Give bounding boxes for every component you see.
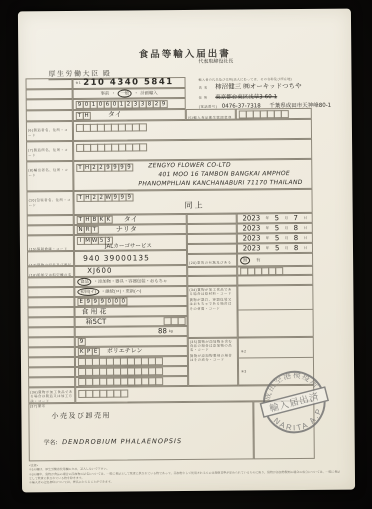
code-box [178, 317, 186, 325]
code-box: 9 [125, 163, 133, 171]
r37-label-text: (37)備考 [30, 405, 46, 409]
accident-none-circled: 無 [240, 256, 250, 264]
carry-in-date-year: 2023 [243, 235, 261, 242]
quantity-code-boxes [164, 317, 185, 325]
day-unit: 日 [303, 225, 307, 230]
warehouse-name-handwritten: JALカーゴサービス [105, 244, 152, 250]
separator: ・ [134, 90, 138, 96]
day-unit: 日 [303, 215, 307, 220]
cell-r24-label: (24)品目コード [27, 297, 74, 307]
cell-r27-label: (27)積込重量 [28, 327, 75, 337]
importer-code-boxes: 9010601233829 [76, 100, 167, 109]
r6-label-text: (6)製造者名、住所・コード [28, 128, 71, 137]
cell-r5-label: (5)輸入食品衛生管理者登録番号 [186, 109, 236, 120]
cell-r23-label: (23)届出の別 [27, 287, 74, 297]
code-box: H [83, 111, 91, 119]
cell-r7-label: (7)製造所名、住所・コード [26, 141, 73, 161]
month-unit: 月 [285, 226, 289, 231]
code-box: 9 [160, 100, 168, 108]
day-unit: 日 [304, 245, 308, 250]
code-box: T [91, 226, 99, 234]
notice-others: ・継続(ロ)・更新(ハ) [101, 288, 141, 294]
cell-r35-label: (35)貨物が添加物を含む食品の場合は添加物の品名・コード 貨物が添加物製剤の場… [188, 338, 238, 386]
cell-r2-label: (2)届出種別 [26, 89, 73, 99]
cell-r18-label: (18)船舶又は航空機の名称又は便名 [27, 266, 74, 277]
r1-note: ※1 [76, 81, 82, 85]
loading-date-year: 2023 [242, 215, 260, 222]
cargo-kind-others: ・添加物・器具・容器包装・おもちゃ [94, 278, 168, 285]
cell-r10-label: (10)包装者名、住所・コード [26, 191, 73, 215]
r2-option-b-circled: 一般 [118, 89, 132, 97]
cell-r32-label: (32)登録番号3 [28, 377, 75, 387]
loading-port-handwritten: タイ [124, 216, 138, 223]
cell-r1-label: (1)届出受付番号 [25, 78, 72, 89]
cell-r21-label: (21)積込者・コード [187, 267, 237, 276]
r34-label-a-text: (34)貨物が加工食品である場合は原材料・コード [189, 287, 235, 296]
carry-in-date-day: 8 [294, 235, 299, 242]
cell-r15-label: (15)保税倉庫・コード [27, 235, 74, 251]
exporter-address1-handwritten: 401 MOO 16 TAMBON BANGKAI AMPHOE [158, 171, 290, 178]
code-box: 9 [78, 338, 86, 346]
loading-date-day: 7 [294, 215, 299, 222]
cell-r6-label: (6)製造者名、住所・コード [26, 121, 73, 141]
cell-r17-value: 940 39000135 [74, 250, 187, 266]
unloading-port-handwritten: ナリタ [116, 226, 137, 233]
r10-label-text: (10)包装者名、住所・コード [29, 198, 72, 207]
year-unit: 年 [266, 216, 270, 221]
r2-option-c: 計画輸入 [140, 90, 157, 96]
arrival-date-month: 5 [275, 225, 280, 232]
r2-option-a: 事前 [101, 91, 110, 97]
receipt-number-handwritten: 210 4340 5841 [83, 78, 174, 87]
code-box: 0 [119, 298, 127, 306]
code-box: E [92, 348, 100, 356]
cell-r37-remarks: (37)備考 小売及び卸売用 学名: DENDROBIUM PHALAENOPS… [28, 401, 253, 461]
packaging-code-boxes: KPE [78, 348, 99, 356]
cell-r29-label: (29)包装種類・コード [28, 347, 75, 357]
cell-r28-label: (28)用途・コード [28, 337, 75, 347]
processing-method-boxes [78, 389, 127, 397]
r8-label-text: (8)輸出者名、住所・コード [28, 168, 71, 177]
footer-notes: <注意> ※1の欄は、厚生労働省使用欄のため、記入しないで下さい。 ※2の欄中、… [29, 461, 345, 485]
weight-unit: kg [169, 329, 173, 333]
quantity-handwritten: 箱5CT [86, 318, 107, 325]
weight-handwritten: 88 [158, 328, 167, 335]
exporter-name-handwritten: ZENGYO FLOWER CO-LTD [148, 163, 231, 170]
code-box [139, 143, 147, 151]
item-code-boxes: E999000 [77, 298, 126, 306]
code-box [120, 389, 128, 397]
registration-number-boxes [239, 110, 288, 118]
cell-r15-value: IMW53 JALカーゴサービス [74, 234, 187, 251]
cell-r12-label: (12)積卸港・コード [27, 225, 74, 235]
notice-first-time-circled: 初回(イ) [77, 288, 99, 296]
year-unit: 年 [266, 236, 270, 241]
cell-r6-value [73, 119, 312, 141]
cell-r7-value [73, 139, 312, 161]
remarks-use-handwritten: 小売及び卸売用 [51, 413, 111, 421]
cell-r4-label: (4)生産国・コード [26, 110, 73, 121]
r35-label-a-text: (35)貨物が添加物を含む食品の場合は添加物の品名・コード [190, 339, 236, 352]
notification-date-day: 8 [294, 245, 299, 252]
use-code-boxes: 9 [78, 338, 85, 346]
arrival-date-day: 8 [294, 225, 299, 232]
arrival-date-year: 2023 [242, 225, 260, 232]
month-unit: 月 [285, 246, 289, 251]
r36-label-text: (36)貨物が加工食品である場合は製造又は加工方法・コード [30, 390, 73, 403]
unloading-port-boxes: NRT [77, 226, 98, 234]
cell-r8-value: TH229999 ZENGYO FLOWER CO-LTD 401 MOO 16… [73, 159, 312, 191]
loading-date-month: 5 [275, 215, 280, 222]
code-box [275, 267, 283, 275]
cell-r30-label: (30)登録番号1 [28, 357, 75, 367]
stamp-band-text: 輸入届出済 [268, 390, 320, 413]
cell-r33-label: (33)衛生証明書番号 [187, 276, 237, 286]
cell-r19-value: 2023年 5月 8日 [237, 243, 313, 254]
page-title: 食品等輸入届出書 [18, 45, 351, 62]
cell-r31-label: (31)登録番号2 [28, 367, 75, 377]
cell-r17-label: (17)貨物の記号及び番号 [27, 251, 74, 266]
cell-r3-label: (3)輸入者コード [26, 99, 73, 110]
cell-r16-label: (16)搬入年月日 [187, 234, 237, 244]
cargo-marks-handwritten: 940 39000135 [83, 254, 150, 262]
cell-r14-value: 2023年 5月 8日 [237, 223, 313, 234]
species-label-handwritten: 学名: [44, 440, 58, 446]
cell-r13-value: 2023年 5月 7日 [237, 213, 313, 224]
code-box [139, 123, 147, 131]
r34-ingredients-subcell [238, 286, 312, 311]
registration2-boxes [78, 367, 162, 376]
r35-note-2: ※2 [241, 349, 247, 353]
manufacturer-code-boxes [76, 123, 146, 132]
cell-r25-label: (25)品名 [27, 307, 74, 317]
species-name-handwritten: DENDROBIUM PHALAENOPSIS [62, 438, 182, 446]
exporter-code-boxes: TH229999 [76, 163, 132, 171]
scanned-import-notification-form: 食品等輸入届出書 厚生労働大臣 殿 代表取締役社長 輸入者の氏名及び住所(法人に… [18, 9, 355, 493]
packer-code-boxes: TH22W999 [76, 193, 132, 201]
registration1-boxes [78, 357, 162, 366]
shipper-code-boxes [240, 267, 282, 275]
year-unit: 年 [266, 226, 270, 231]
cell-r20-label: (20)事故の有無及びある場合はその概要 [187, 254, 237, 267]
cell-r19-label: (19)届出年月日 [187, 244, 237, 254]
cell-r36-label: (36)貨物が加工食品である場合は製造又は加工方法・コード [28, 387, 75, 403]
code-box [155, 367, 163, 375]
loading-port-boxes: THBKK [77, 216, 112, 224]
cell-r5-value [236, 108, 312, 120]
cell-r20-value: 無 有 [237, 253, 313, 267]
code-box [155, 377, 163, 385]
ditto-handwritten: 同上 [185, 202, 205, 210]
cell-r14-label: (14)到着年月日 [187, 224, 237, 234]
notification-date-month: 5 [275, 245, 280, 252]
cell-r8-label: (8)輸出者名、住所・コード [26, 161, 73, 191]
year-unit: 年 [266, 246, 270, 251]
code-box [281, 110, 289, 118]
r7-label-text: (7)製造所名、住所・コード [28, 148, 71, 157]
separator: ・ [111, 91, 115, 97]
cell-r34-label: (34)貨物が加工食品である場合は原材料・コード 貨物が器具、容器包装又はおもち… [187, 286, 237, 338]
r35-additive-subcell: ※2 [239, 338, 313, 359]
cell-r11-label: (11)積込港・コード [27, 215, 74, 225]
r35-label-b-text: 貨物が添加物製剤の場合はその成分・コード [190, 354, 236, 363]
accident-yes: 有 [256, 257, 260, 263]
remarks-species-row: 学名: DENDROBIUM PHALAENOPSIS [44, 430, 183, 449]
flight-number-handwritten: XJ600 [87, 268, 112, 275]
code-box: 9 [125, 193, 133, 201]
item-name-handwritten: 食用花 [82, 308, 109, 315]
cell-r34-value [237, 285, 313, 338]
month-unit: 月 [285, 216, 289, 221]
country-name-handwritten: タイ [108, 112, 122, 119]
code-box [155, 357, 163, 365]
country-code-boxes: TH [76, 111, 90, 119]
registration3-boxes [78, 377, 162, 386]
exporter-address2-handwritten: PHANOMPHLIAN KANCHANABURI 71170 THAILAND [138, 180, 302, 187]
factory-code-boxes [76, 143, 146, 152]
cargo-kind-food-circled: 食品 [77, 278, 91, 286]
packaging-name-handwritten: ポリエチレン [107, 348, 143, 354]
r34-label-b-text: 貨物が器具、容器包装又はおもちゃである場合はその材質・コード [189, 298, 235, 311]
cell-r22-label: (22)貨物の別 [27, 277, 74, 287]
cell-r16-value: 2023年 5月 8日 [237, 233, 313, 244]
handwritten-role-note: 代表取締役社長 [198, 60, 233, 65]
cell-r10-value: TH22W999 同上 [73, 189, 312, 215]
cell-r26-label: (26)積込数量・コード [28, 317, 75, 327]
month-unit: 月 [285, 236, 289, 241]
day-unit: 日 [304, 235, 308, 240]
cell-r13-label: (13)積込年月日 [187, 214, 237, 224]
cell-r33-value [237, 275, 313, 286]
notification-date-year: 2023 [243, 245, 261, 252]
code-box: K [105, 216, 113, 224]
carry-in-date-month: 5 [275, 235, 280, 242]
